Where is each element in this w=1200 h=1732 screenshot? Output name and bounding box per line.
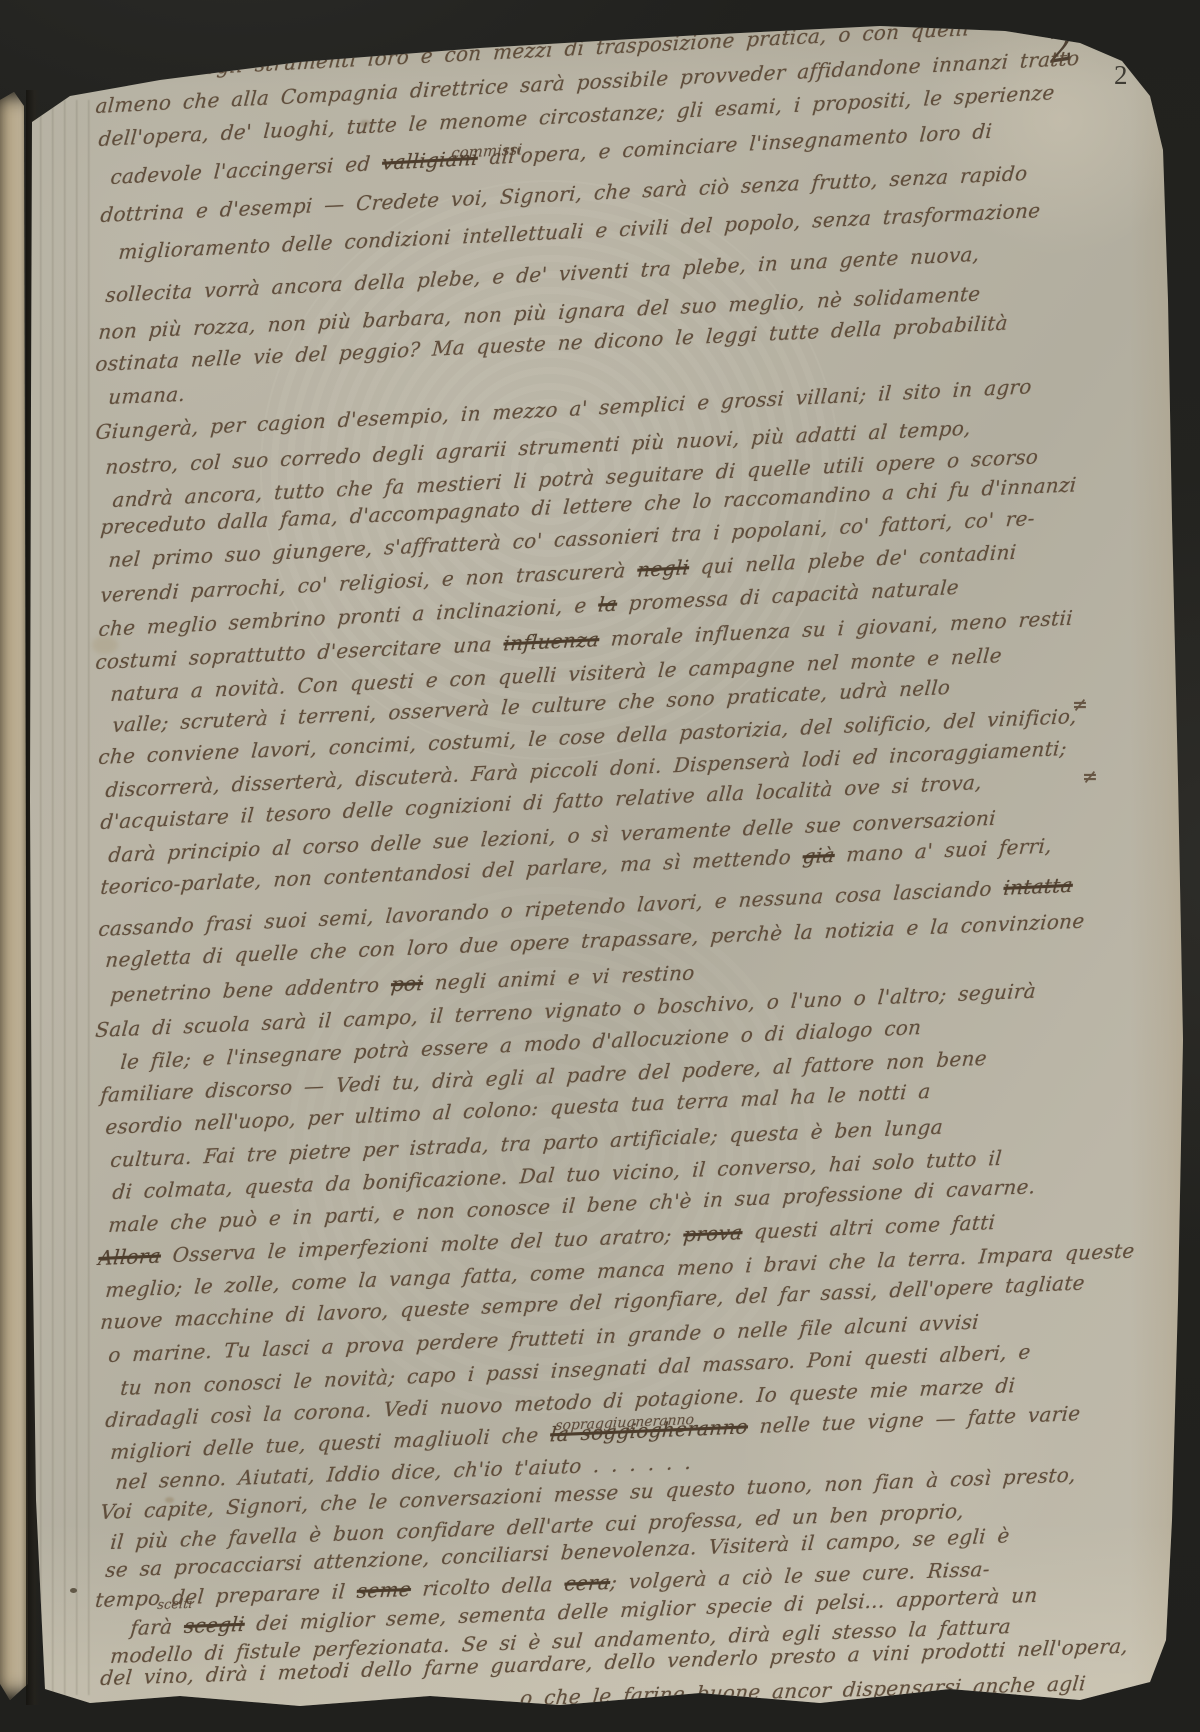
struck-out-word: poi bbox=[390, 971, 424, 996]
handwriting-segment: mano a' suoi ferri, bbox=[834, 833, 1053, 867]
struck-out-word: intatta bbox=[1003, 873, 1074, 900]
manuscript-line: umana. bbox=[108, 382, 186, 409]
margin-insertion-mark: ≠ bbox=[1072, 694, 1088, 716]
handwriting-segment: ricolto della bbox=[410, 1572, 566, 1601]
handwriting-segment: tempo del preparare il bbox=[94, 1579, 358, 1612]
handwriting-segment: o che le farine buone ancor dispensarsi … bbox=[519, 1671, 1087, 1710]
margin-insertion-mark: ≠ bbox=[1082, 766, 1098, 788]
interlinear-correction: scelti bbox=[157, 1597, 193, 1613]
handwriting-segment: cadevole l'accingersi ed bbox=[110, 151, 383, 189]
handwriting-segment: qui nella plebe de' contadini bbox=[688, 540, 1017, 580]
handwritten-text-block: Vedano cogli strumenti loro e con mezzi … bbox=[0, 0, 1200, 1732]
struck-out-word: influenza bbox=[503, 627, 601, 655]
struck-out-word: prova bbox=[682, 1220, 743, 1246]
handwriting-segment: promessa di capacità naturale bbox=[616, 575, 960, 616]
struck-out-word: Allora bbox=[97, 1243, 161, 1270]
struck-out-word: seme bbox=[356, 1577, 412, 1603]
manuscript-scan: 2 2 Vedano cogli strumenti loro e con me… bbox=[0, 0, 1200, 1732]
manuscript-line: o che le farine buone ancor dispensarsi … bbox=[520, 1671, 1086, 1710]
struck-out-word: scegli bbox=[183, 1612, 246, 1638]
handwriting-segment: farà bbox=[129, 1614, 185, 1640]
struck-out-word: cera bbox=[563, 1570, 611, 1596]
handwriting-segment: questi altri come fatti bbox=[742, 1210, 997, 1244]
handwriting-segment: negli animi e vi restino bbox=[422, 960, 696, 995]
handwriting-segment: nelle tue vigne — fatte varie bbox=[747, 1401, 1081, 1438]
handwriting-segment: penetrino bene addentro bbox=[109, 972, 392, 1007]
handwriting-segment: umana. bbox=[108, 382, 187, 409]
struck-out-word: la bbox=[597, 592, 618, 617]
struck-out-word: negli bbox=[636, 555, 690, 582]
struck-out-word: già bbox=[802, 843, 836, 869]
interlinear-correction: commissi bbox=[451, 140, 523, 162]
manuscript-page: 2 2 Vedano cogli strumenti loro e con me… bbox=[0, 0, 1200, 1732]
